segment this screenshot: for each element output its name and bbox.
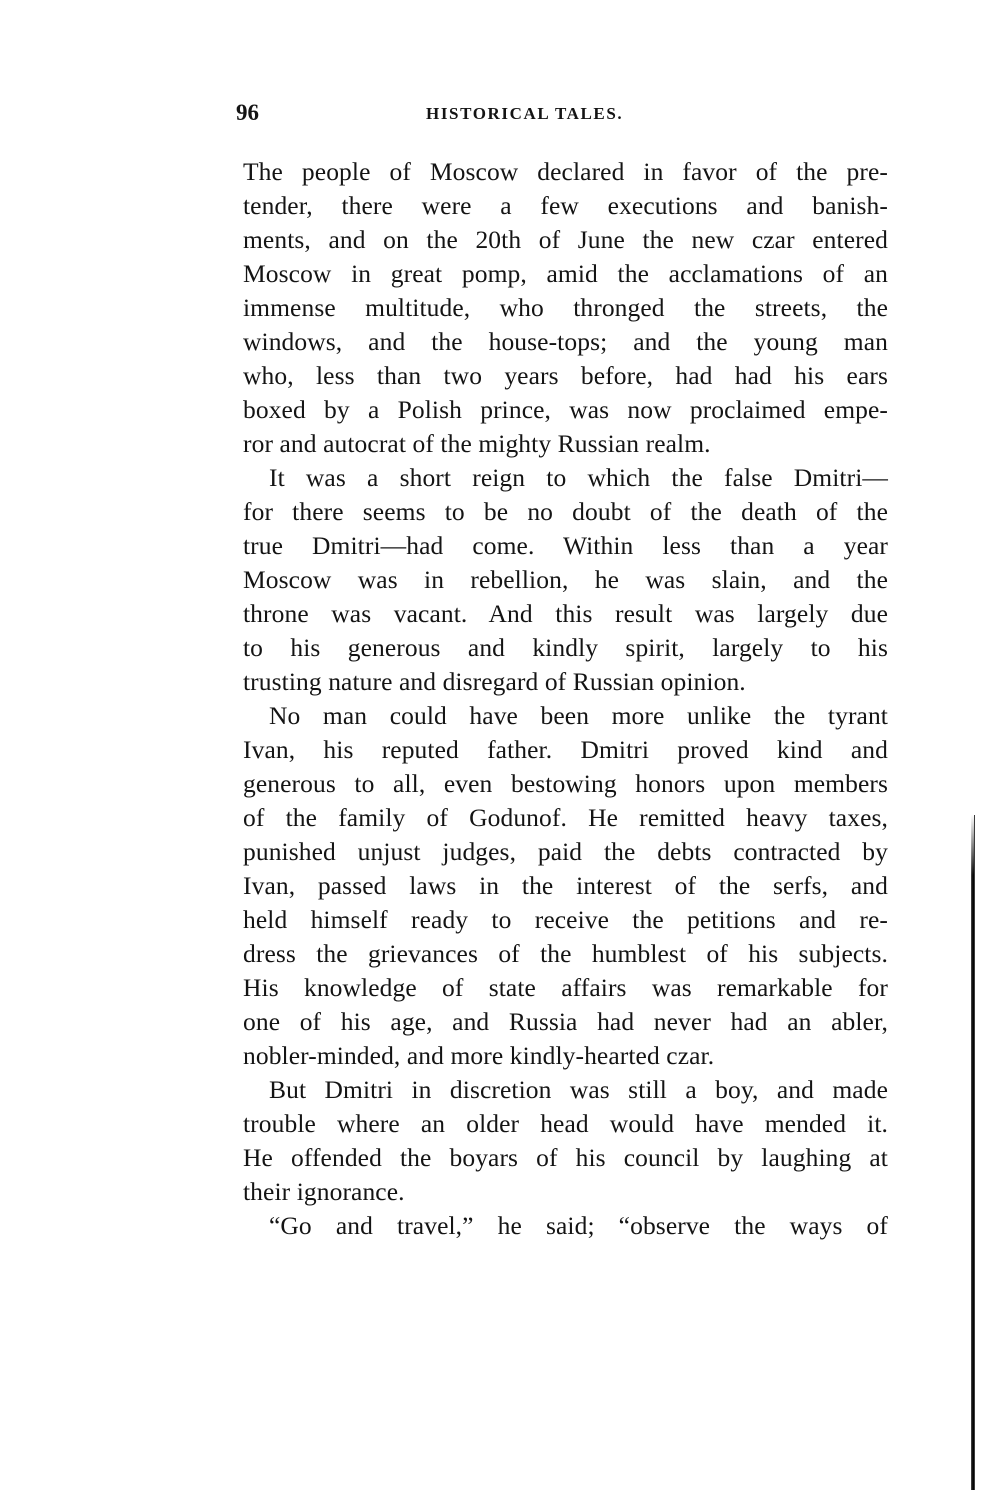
text-line: It was a short reign to which the false … <box>243 461 888 495</box>
running-header: 96 HISTORICAL TALES. <box>236 100 886 130</box>
text-line: for there seems to be no doubt of the de… <box>243 495 888 529</box>
paragraph: It was a short reign to which the false … <box>243 461 888 699</box>
paragraph: No man could have been more unlike the t… <box>243 699 888 1073</box>
text-line: who, less than two years before, had had… <box>243 359 888 393</box>
text-line: Ivan, passed laws in the interest of the… <box>243 869 888 903</box>
text-line: Ivan, his reputed father. Dmitri proved … <box>243 733 888 767</box>
text-line: generous to all, even bestowing honors u… <box>243 767 888 801</box>
text-line: dress the grievances of the humblest of … <box>243 937 888 971</box>
text-line: boxed by a Polish prince, was now procla… <box>243 393 888 427</box>
running-title: HISTORICAL TALES. <box>426 104 623 124</box>
text-line: punished unjust judges, paid the debts c… <box>243 835 888 869</box>
text-line: their ignorance. <box>243 1175 888 1209</box>
text-line: His knowledge of state affairs was remar… <box>243 971 888 1005</box>
text-line: ror and autocrat of the mighty Russian r… <box>243 427 888 461</box>
paragraph: The people of Moscow declared in favor o… <box>243 155 888 461</box>
page-number: 96 <box>236 100 259 126</box>
book-page: 96 HISTORICAL TALES. The people of Mosco… <box>0 0 1000 1512</box>
text-line: Moscow in great pomp, amid the acclamati… <box>243 257 888 291</box>
paragraph: But Dmitri in discretion was still a boy… <box>243 1073 888 1209</box>
scan-edge-fade <box>971 815 974 875</box>
text-line: Moscow was in rebellion, he was slain, a… <box>243 563 888 597</box>
body-text: The people of Moscow declared in favor o… <box>243 155 888 1243</box>
text-line: throne was vacant. And this result was l… <box>243 597 888 631</box>
text-line: of the family of Godunof. He remitted he… <box>243 801 888 835</box>
text-line: one of his age, and Russia had never had… <box>243 1005 888 1039</box>
text-line: trouble where an older head would have m… <box>243 1107 888 1141</box>
text-line: The people of Moscow declared in favor o… <box>243 155 888 189</box>
text-line: But Dmitri in discretion was still a boy… <box>243 1073 888 1107</box>
text-line: He offended the boyars of his council by… <box>243 1141 888 1175</box>
paragraph: “Go and travel,” he said; “observe the w… <box>243 1209 888 1243</box>
text-line: nobler-minded, and more kindly-hearted c… <box>243 1039 888 1073</box>
scan-edge-shadow <box>971 815 975 1490</box>
text-line: trusting nature and disregard of Russian… <box>243 665 888 699</box>
text-line: No man could have been more unlike the t… <box>243 699 888 733</box>
text-line: to his generous and kindly spirit, large… <box>243 631 888 665</box>
text-line: windows, and the house-tops; and the you… <box>243 325 888 359</box>
text-line: immense multitude, who thronged the stre… <box>243 291 888 325</box>
text-line: ments, and on the 20th of June the new c… <box>243 223 888 257</box>
text-line: held himself ready to receive the petiti… <box>243 903 888 937</box>
text-line: true Dmitri—had come. Within less than a… <box>243 529 888 563</box>
text-line: “Go and travel,” he said; “observe the w… <box>243 1209 888 1243</box>
text-line: tender, there were a few executions and … <box>243 189 888 223</box>
